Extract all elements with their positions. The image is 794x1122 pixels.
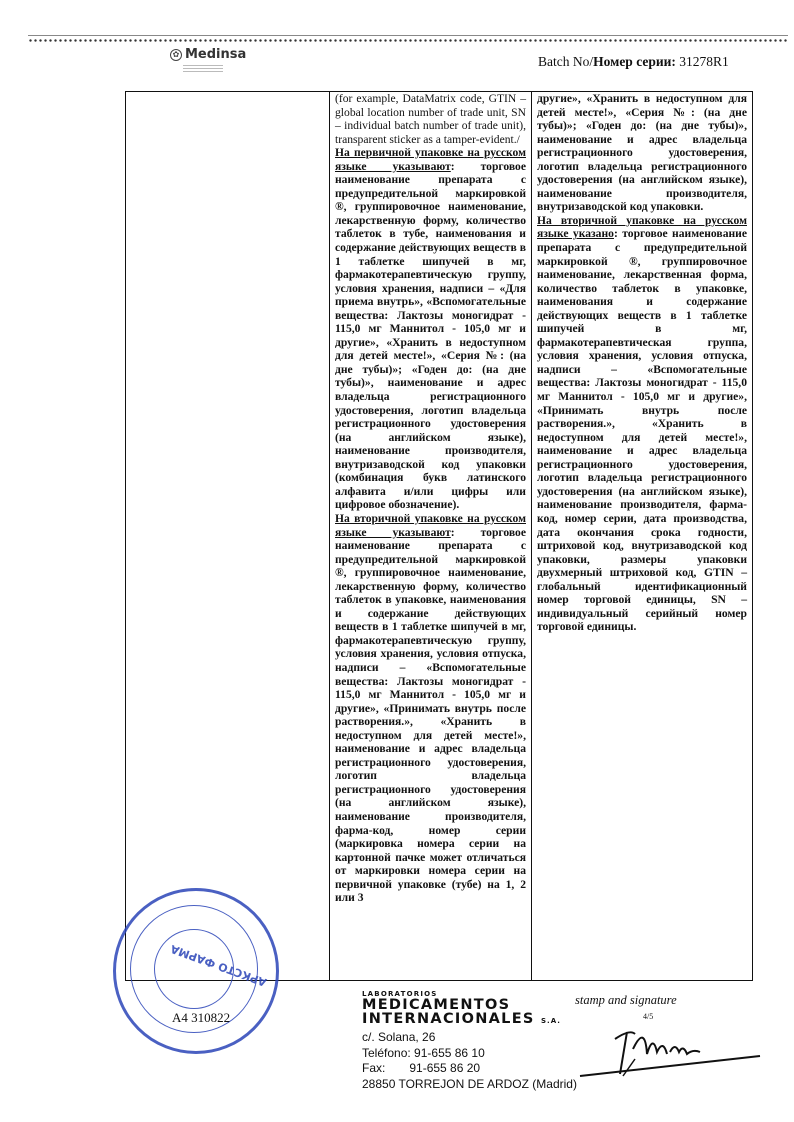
secondary-packaging-text: : торговое наименование препарата с пред… <box>335 526 526 905</box>
lab-phone: Teléfono: 91-655 86 10 <box>362 1046 577 1062</box>
scan-top-line <box>28 35 788 36</box>
logo-icon: ✿ <box>170 49 182 61</box>
lab-fax: Fax: 91-655 86 20 <box>362 1061 577 1077</box>
cell-text: другие», «Хранить в недоступном для дете… <box>537 92 747 634</box>
primary-packaging-text: другие», «Хранить в недоступном для дете… <box>537 92 747 213</box>
batch-number-header: Batch No/Номер серии: 31278R1 <box>538 54 729 70</box>
lab-suffix: S.A. <box>541 1017 561 1025</box>
stamp-number: А4 310822 <box>172 1010 230 1026</box>
batch-label-ru: Номер серии: <box>593 54 676 69</box>
table-cell-current-text: другие», «Хранить в недоступном для дете… <box>532 92 753 981</box>
cell-text: (for example, DataMatrix code, GTIN – gl… <box>335 92 526 905</box>
secondary-packaging-text: : торговое наименование препарата с пред… <box>537 227 747 633</box>
logo-text: Medinsa <box>185 47 246 62</box>
table-cell-proposed-text: (for example, DataMatrix code, GTIN – gl… <box>330 92 532 981</box>
table-cell-empty <box>126 92 330 981</box>
scan-dotted-border <box>28 38 788 44</box>
lab-city: 28850 TORREJON DE ARDOZ (Madrid) <box>362 1077 577 1093</box>
batch-label: Batch No/ <box>538 54 593 69</box>
round-stamp: АРКСТО ФАРМА <box>113 888 279 1054</box>
lab-line3: INTERNACIONALES S.A. <box>362 1012 577 1028</box>
logo-tagline <box>183 64 223 72</box>
labeling-table: (for example, DataMatrix code, GTIN – gl… <box>125 91 753 981</box>
table-row: (for example, DataMatrix code, GTIN – gl… <box>126 92 753 981</box>
signature-icon <box>575 1014 775 1084</box>
lab-address: c/. Solana, 26 <box>362 1030 577 1046</box>
lab-address-block: c/. Solana, 26 Teléfono: 91-655 86 10 Fa… <box>362 1030 577 1092</box>
lab-line2: MEDICAMENTOS <box>362 998 577 1012</box>
primary-packaging-text: : торговое наименование препарата с пред… <box>335 160 526 512</box>
company-logo: ✿ Medinsa <box>170 47 246 62</box>
signature-label: stamp and signature <box>575 993 677 1008</box>
intro-latin-text: (for example, DataMatrix code, GTIN – gl… <box>335 92 526 146</box>
batch-number: 31278R1 <box>679 54 729 69</box>
stamp-text: АРКСТО ФАРМА <box>169 942 269 989</box>
laboratory-stamp: LABORATORIOS MEDICAMENTOS INTERNACIONALE… <box>362 990 577 1092</box>
